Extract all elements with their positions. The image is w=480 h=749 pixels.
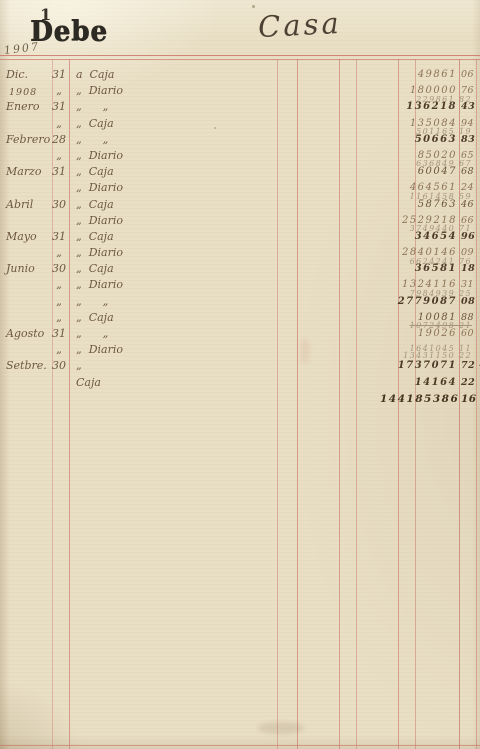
entry-day: „ — [50, 84, 68, 97]
entry-month: Enero — [6, 100, 50, 113]
entry-amount: 14164 — [380, 377, 457, 388]
ledger-row: „ Diario2529218663749440 71 — [0, 214, 480, 230]
footer-rule — [0, 745, 480, 746]
entry-day: „ — [50, 343, 68, 356]
entry-day: „ — [50, 246, 68, 259]
entry-amount: 2779087 — [380, 296, 457, 307]
entry-cents: 68 — [461, 166, 480, 177]
ledger-row: „„ Caja10081881072498 21 — [0, 311, 480, 327]
entry-description: „ Caja — [76, 117, 114, 130]
entry-description: „ Diario — [76, 149, 123, 162]
entry-cents: 18 — [461, 263, 480, 274]
entry-description: „ Caja — [76, 311, 114, 324]
entry-amount: 58763 — [380, 199, 457, 210]
entry-description: „ „ — [76, 133, 108, 146]
entry-amount: 1737071 — [380, 360, 457, 371]
entry-description: „ „ — [76, 295, 108, 308]
ledger-row: Febrero28„ „5066383 — [0, 133, 480, 149]
entry-month: Marzo — [6, 165, 50, 178]
ledger-row: Setbre.30„173707172 –1641045 1113431150 … — [0, 359, 480, 375]
entry-amount: 34654 — [380, 231, 457, 242]
entry-day: „ — [50, 149, 68, 162]
entry-description: „ Caja — [76, 230, 114, 243]
header-rule-top — [0, 55, 480, 56]
ledger-row: Dic.31a Caja4986106 — [0, 68, 480, 84]
entry-description: a Caja — [76, 68, 115, 81]
ledger-row: „ Diario464561241161458 59 — [0, 181, 480, 197]
entry-amount: 49861 — [380, 69, 457, 80]
entry-cents: 43 — [461, 101, 480, 112]
entry-description: „ Caja — [76, 198, 114, 211]
entry-month: Dic. — [6, 68, 50, 81]
pencil-subtotal: 13431150 22 — [380, 352, 472, 359]
entry-cents: 08 — [461, 296, 480, 307]
header-rule-bottom — [0, 59, 480, 60]
entry-description: „ Diario — [76, 181, 123, 194]
entry-month: Febrero — [6, 133, 50, 146]
entry-day: 31 — [50, 68, 68, 81]
entry-cents: 72 – — [461, 360, 480, 371]
ledger-row: Agosto31„ „1902660 — [0, 327, 480, 343]
entry-cents: 83 — [461, 134, 480, 145]
entry-day: 31 — [50, 165, 68, 178]
entry-cents: 46 — [461, 199, 480, 210]
entry-description: Caja — [76, 376, 101, 389]
ledger-row: Mayo31„ Caja3465496 — [0, 230, 480, 246]
entry-amount: 19026 — [380, 328, 457, 339]
ledger-row: Marzo31„ Caja6004768 — [0, 165, 480, 181]
entry-amount: 136218 — [380, 101, 457, 112]
entry-description: „ „ — [76, 327, 108, 340]
entry-amount: 36581 — [380, 263, 457, 274]
entry-month: Abril — [6, 198, 50, 211]
entry-day: „ — [50, 311, 68, 324]
year-note: 1907 — [3, 40, 40, 57]
debit-header: Debe — [30, 16, 108, 48]
ledger-row: Junio30„ Caja3658118 — [0, 262, 480, 278]
entry-month: 1908 — [9, 87, 53, 98]
entry-description: „ Caja — [76, 165, 114, 178]
ledger-row: Abril30„ Caja5876346 — [0, 198, 480, 214]
entry-description: „ Diario — [76, 246, 123, 259]
entry-day: 28 — [50, 133, 68, 146]
entry-description: „ Diario — [76, 343, 123, 356]
ledger-row: „„ Diario8502065636849 67 — [0, 149, 480, 165]
entry-day: 31 — [50, 100, 68, 113]
entry-description: „ Diario — [76, 278, 123, 291]
entry-day: 30 — [50, 262, 68, 275]
entry-day: 30 — [50, 359, 68, 372]
entry-month: Junio — [6, 262, 50, 275]
entry-amount: 60047 — [380, 166, 457, 177]
total-cents: 16 — [461, 393, 480, 405]
entry-description: „ Diario — [76, 84, 123, 97]
total-amount: 144185386 — [380, 393, 457, 405]
ledger-row: Enero31„ „13621843 — [0, 100, 480, 116]
entry-cents: 60 — [461, 328, 480, 339]
ledger-entries: Dic.31a Caja49861061908„„ Diario18000076… — [0, 68, 480, 408]
ledger-row: 1908„„ Diario18000076229861 82 — [0, 84, 480, 100]
ledger-row: „„ Diario2840146096624241 76 — [0, 246, 480, 262]
entry-cents: 96 — [461, 231, 480, 242]
paper-stain — [258, 722, 304, 734]
ledger-row: „„ Caja13508494501165 19 — [0, 117, 480, 133]
ledger-total-row: 14418538616 — [0, 392, 480, 408]
entry-description: „ „ — [76, 100, 108, 113]
account-title: Casa — [257, 6, 342, 44]
entry-description: „ Diario — [76, 214, 123, 227]
entry-amount: 50663 — [380, 134, 457, 145]
ledger-row: „„ „277908708 — [0, 295, 480, 311]
entry-month: Setbre. — [6, 359, 50, 372]
entry-day: 31 — [50, 230, 68, 243]
entry-cents: 06 — [461, 69, 480, 80]
entry-cents: 22 — [461, 377, 480, 388]
entry-month: Agosto — [6, 327, 50, 340]
entry-day: „ — [50, 117, 68, 130]
entry-description: „ Caja — [76, 262, 114, 275]
entry-month: Mayo — [6, 230, 50, 243]
entry-day: „ — [50, 278, 68, 291]
entry-description: „ — [76, 359, 82, 372]
ledger-row: „„ Diario1324116317984939 25 — [0, 278, 480, 294]
paper-speck — [252, 5, 255, 8]
ledger-page: 1 Debe 1907 Casa Dic.31a Caja49861061908… — [0, 0, 480, 749]
entry-day: „ — [50, 295, 68, 308]
ledger-row: Caja1416422 — [0, 376, 480, 392]
entry-day: 31 — [50, 327, 68, 340]
entry-day: 30 — [50, 198, 68, 211]
